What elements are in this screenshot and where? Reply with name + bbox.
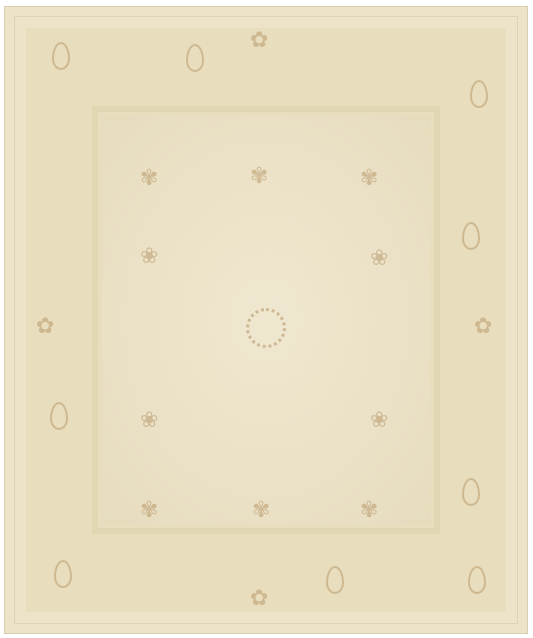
paisley-motif <box>50 402 68 430</box>
floral-motif: ✾ <box>360 500 378 522</box>
central-medallion <box>246 308 286 348</box>
paisley-motif <box>462 222 480 250</box>
paisley-motif <box>470 80 488 108</box>
paisley-motif <box>186 44 204 72</box>
border-motif: ✿ <box>250 588 268 610</box>
border-motif: ✿ <box>36 316 54 338</box>
paisley-motif <box>326 566 344 594</box>
paisley-motif <box>54 560 72 588</box>
border-motif: ✿ <box>474 316 492 338</box>
floral-motif: ❀ <box>370 410 388 432</box>
paisley-motif <box>52 42 70 70</box>
floral-motif: ✾ <box>252 500 270 522</box>
paisley-motif <box>468 566 486 594</box>
floral-motif: ✾ <box>140 500 158 522</box>
floral-motif: ❀ <box>140 410 158 432</box>
floral-motif: ❀ <box>140 246 158 268</box>
paisley-motif <box>462 478 480 506</box>
floral-motif: ✾ <box>140 168 158 190</box>
border-motif: ✿ <box>250 30 268 52</box>
floral-motif: ❀ <box>370 248 388 270</box>
floral-motif: ✾ <box>360 168 378 190</box>
floral-motif: ✾ <box>250 166 268 188</box>
